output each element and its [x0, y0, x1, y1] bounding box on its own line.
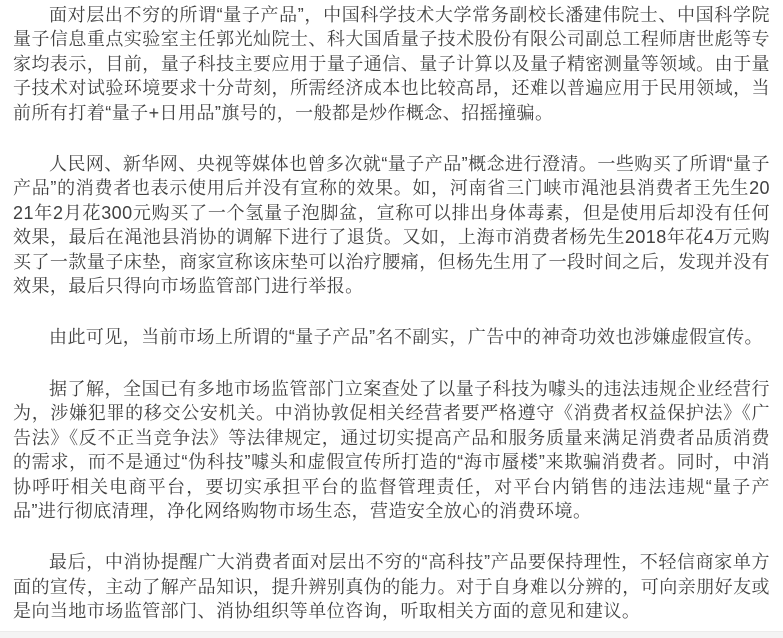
- article-page: 面对层出不穷的所谓“量子产品”，中国科学技术大学常务副校长潘建伟院士、中国科学院…: [0, 0, 783, 638]
- page-bottom-strip: [0, 631, 783, 638]
- paragraph-media-cases: 人民网、新华网、央视等媒体也曾多次就“量子产品”概念进行澄清。一些购买了所谓“量…: [13, 152, 770, 298]
- paragraph-regulation-actions: 据了解，全国已有多地市场监管部门立案查处了以量子科技为噱头的违法违规企业经营行为…: [13, 377, 770, 523]
- paragraph-conclusion: 由此可见，当前市场上所谓的“量子产品”名不副实，广告中的神奇功效也涉嫌虚假宣传。: [13, 325, 770, 349]
- article-body: 面对层出不穷的所谓“量子产品”，中国科学技术大学常务副校长潘建伟院士、中国科学院…: [0, 0, 783, 624]
- paragraph-consumer-advice: 最后，中消协提醒广大消费者面对层出不穷的“高科技”产品要保持理性，不轻信商家单方…: [13, 550, 770, 623]
- paragraph-experts-statement: 面对层出不穷的所谓“量子产品”，中国科学技术大学常务副校长潘建伟院士、中国科学院…: [13, 3, 770, 125]
